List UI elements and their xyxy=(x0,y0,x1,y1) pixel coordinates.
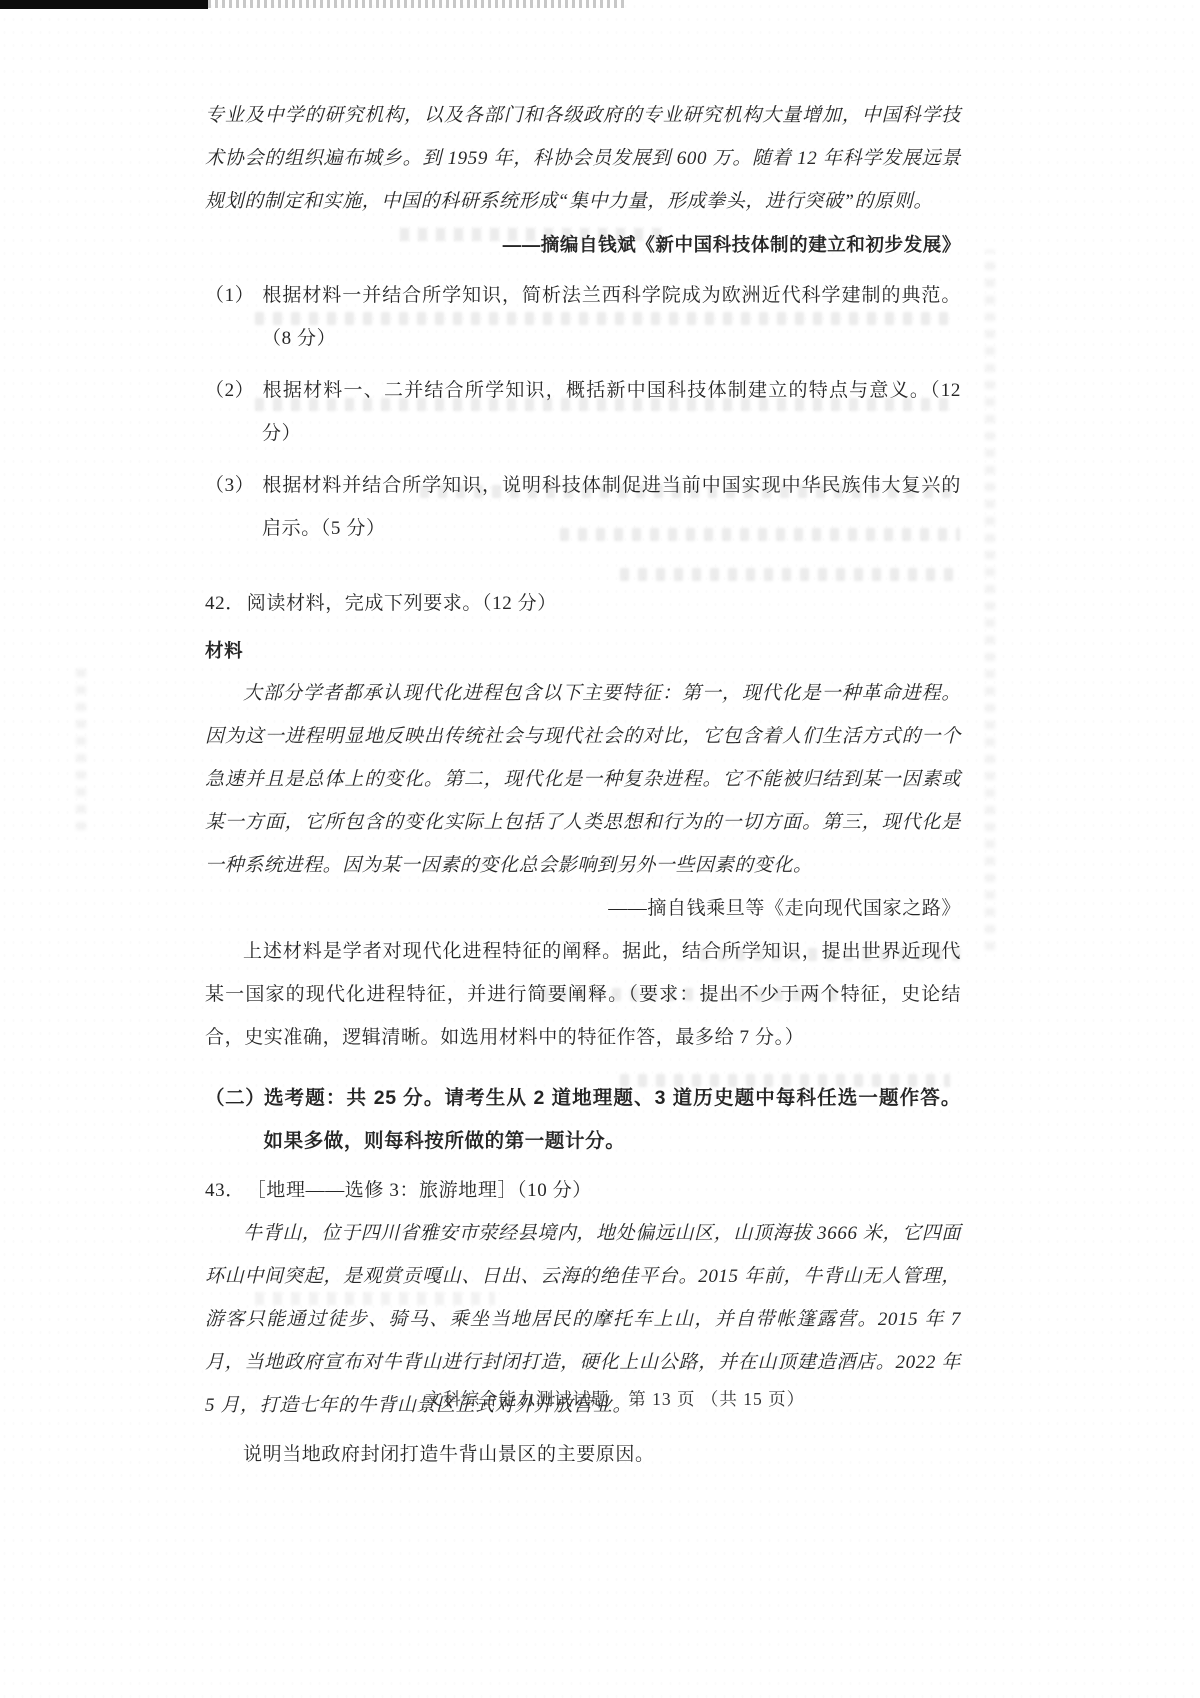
q41-source-line: ——摘编自钱斌《新中国科技体制的建立和初步发展》 xyxy=(205,223,961,266)
q42-number: 42． xyxy=(205,582,247,625)
q41-subquestion-2-text: 根据材料一、二并结合所学知识，概括新中国科技体制建立的特点与意义。（12 分） xyxy=(262,380,961,444)
q41-subquestion-1-label: （1） xyxy=(205,274,262,317)
q41-subquestion-3-label: （3） xyxy=(205,464,262,507)
q42-material-label: 材料 xyxy=(205,629,961,672)
q43-title: ［地理——选修 3：旅游地理］（10 分） xyxy=(247,1180,592,1201)
q41-subquestion-2-label: （2） xyxy=(205,369,262,412)
scanned-exam-page: 专业及中学的研究机构，以及各部门和各级政府的专业研究机构大量增加，中国科学技术协… xyxy=(0,0,1200,1698)
q42-intro: 阅读材料，完成下列要求。（12 分） xyxy=(247,593,557,614)
elective-note-text: 选考题：共 25 分。请考生从 2 道地理题、3 道历史题中每科任选一题作答。如… xyxy=(264,1087,962,1152)
content-column: 专业及中学的研究机构，以及各部门和各级政府的专业研究机构大量增加，中国科学技术协… xyxy=(205,94,961,1476)
scan-artifact-noise xyxy=(208,0,628,8)
q42-source-line: ——摘自钱乘旦等《走向现代国家之路》 xyxy=(205,887,961,930)
q43-task-line: 说明当地政府封闭打造牛背山景区的主要原因。 xyxy=(205,1433,961,1476)
q42-heading: 42．阅读材料，完成下列要求。（12 分） xyxy=(205,582,961,625)
bleed-artifact xyxy=(985,250,995,950)
q41-subquestion-3: （3）根据材料并结合所学知识，说明科技体制促进当前中国实现中华民族伟大复兴的启示… xyxy=(205,464,961,550)
q41-subquestion-1-text: 根据材料一并结合所学知识，简析法兰西科学院成为欧洲近代科学建制的典范。（8 分） xyxy=(262,285,961,349)
q41-material-paragraph: 专业及中学的研究机构，以及各部门和各级政府的专业研究机构大量增加，中国科学技术协… xyxy=(205,94,961,223)
elective-note-label: （二） xyxy=(205,1077,264,1120)
elective-note: （二）选考题：共 25 分。请考生从 2 道地理题、3 道历史题中每科任选一题作… xyxy=(205,1077,961,1163)
q41-subquestion-2: （2）根据材料一、二并结合所学知识，概括新中国科技体制建立的特点与意义。（12 … xyxy=(205,369,961,455)
bleed-artifact xyxy=(76,660,86,830)
scan-artifact-bar xyxy=(0,0,208,9)
q42-task-paragraph: 上述材料是学者对现代化进程特征的阐释。据此，结合所学知识，提出世界近现代某一国家… xyxy=(205,930,961,1059)
q43-number: 43． xyxy=(205,1169,247,1212)
page-footer: 文科综合能力测试试题 第 13 页 （共 15 页） xyxy=(15,1386,1200,1411)
q42-material-paragraph: 大部分学者都承认现代化进程包含以下主要特征：第一，现代化是一种革命进程。因为这一… xyxy=(205,672,961,887)
q41-subquestion-3-text: 根据材料并结合所学知识，说明科技体制促进当前中国实现中华民族伟大复兴的启示。（5… xyxy=(262,475,961,539)
q43-heading: 43．［地理——选修 3：旅游地理］（10 分） xyxy=(205,1169,961,1212)
q41-subquestion-1: （1）根据材料一并结合所学知识，简析法兰西科学院成为欧洲近代科学建制的典范。（8… xyxy=(205,274,961,360)
